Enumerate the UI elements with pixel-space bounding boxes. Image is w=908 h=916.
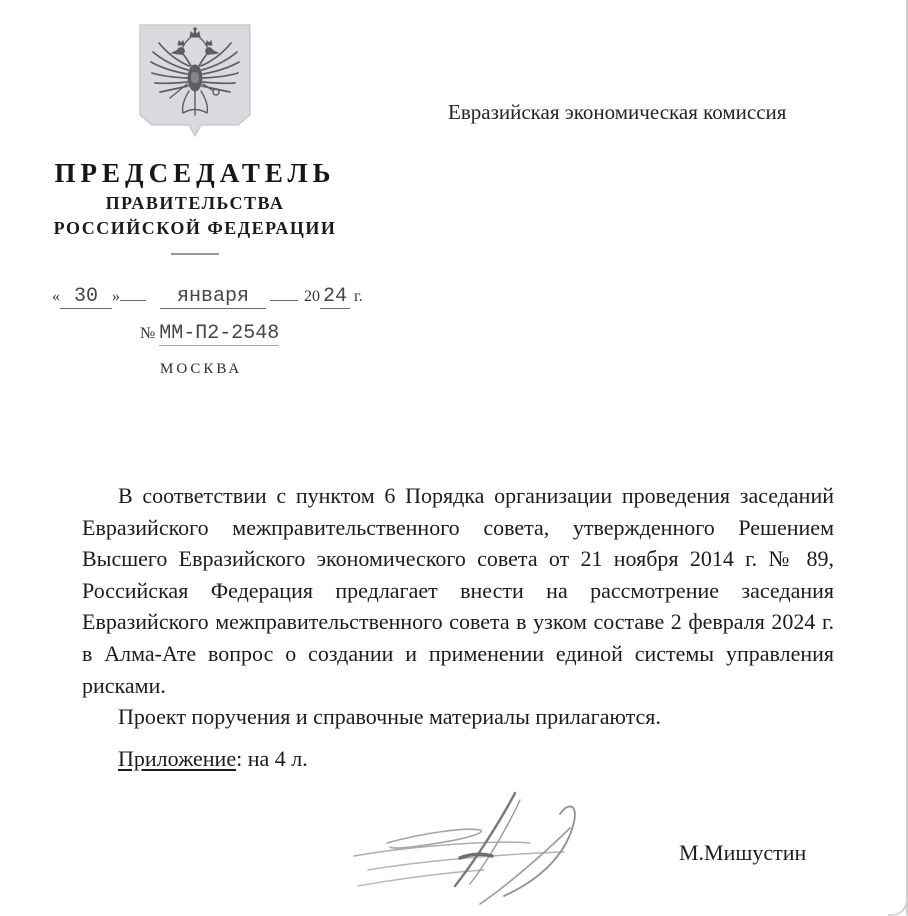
scan-corner-artifact <box>888 896 908 916</box>
letterhead-subtitle-2: РОССИЙСКОЙ ФЕДЕРАЦИИ <box>30 218 360 239</box>
date-year-suffix: г. <box>354 288 363 305</box>
signatory-name: М.Мишустин <box>679 840 806 866</box>
letter-body: В соответствии с пунктом 6 Порядка орган… <box>82 480 834 774</box>
body-paragraph-1: В соответствии с пунктом 6 Порядка орган… <box>82 480 834 701</box>
coat-of-arms-icon <box>137 22 253 144</box>
attachment-line: Приложение: на 4 л. <box>82 743 834 775</box>
document-number: ММ-П2-2548 <box>159 322 279 346</box>
letterhead-subtitle-1: ПРАВИТЕЛЬСТВА <box>30 193 360 214</box>
attachment-value: : на 4 л. <box>236 746 308 771</box>
date-blank-segment <box>120 284 146 301</box>
date-close-quote: » <box>112 288 120 305</box>
recipient-organization: Евразийская экономическая комиссия <box>448 100 786 125</box>
signature-image <box>352 786 652 908</box>
date-line: «30»января2024 г. <box>52 284 392 309</box>
city-label: МОСКВА <box>160 361 242 378</box>
letterhead-title: ПРЕДСЕДАТЕЛЬ <box>30 158 360 189</box>
date-open-quote: « <box>52 288 60 305</box>
scanned-letter-page: ПРЕДСЕДАТЕЛЬ ПРАВИТЕЛЬСТВА РОССИЙСКОЙ ФЕ… <box>0 0 908 916</box>
number-sign: № <box>140 325 155 342</box>
letterhead: ПРЕДСЕДАТЕЛЬ ПРАВИТЕЛЬСТВА РОССИЙСКОЙ ФЕ… <box>30 22 360 255</box>
date-blank-segment-2 <box>270 284 298 301</box>
date-century: 20 <box>304 288 320 305</box>
document-number-line: № ММ-П2-2548 <box>140 322 279 345</box>
date-day: 30 <box>60 285 112 309</box>
attachment-label: Приложение <box>118 746 236 771</box>
date-month: января <box>160 285 266 309</box>
letterhead-divider <box>171 253 219 255</box>
date-year: 24 <box>320 285 350 309</box>
body-paragraph-2: Проект поручения и справочные материалы … <box>82 701 834 733</box>
